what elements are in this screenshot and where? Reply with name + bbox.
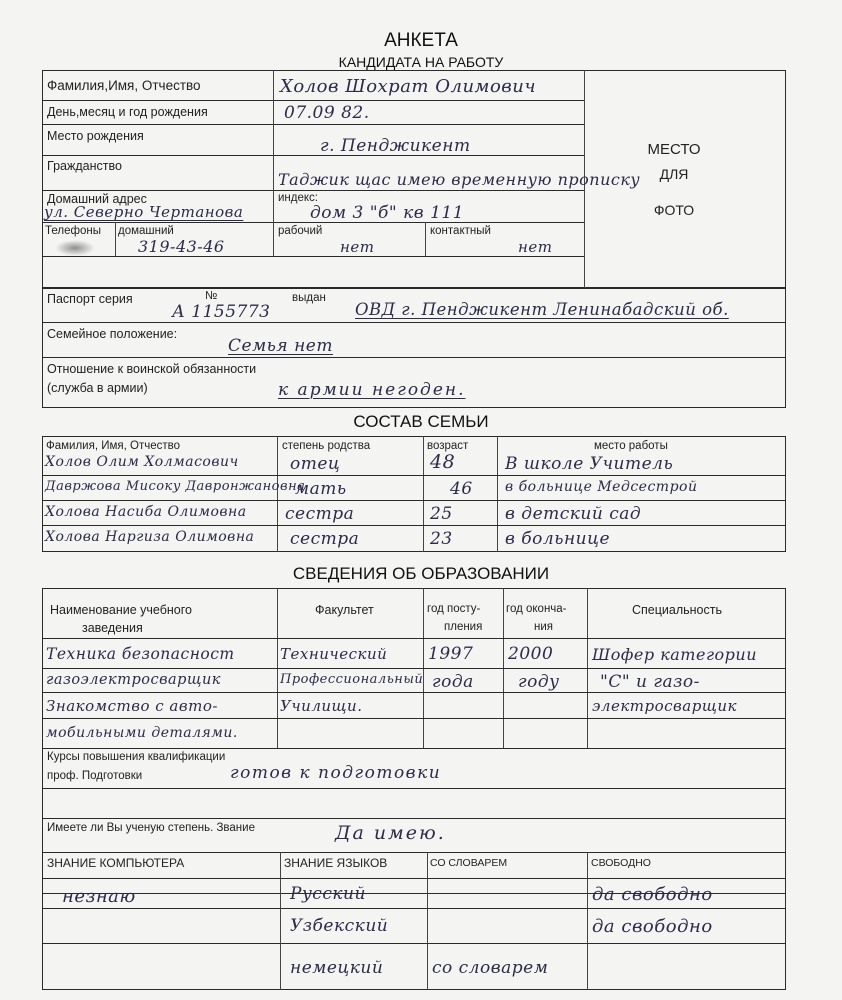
language-with-dict[interactable]: со словарем — [432, 958, 548, 978]
skills-col-with-dict: СО СЛОВАРЕМ — [430, 857, 507, 869]
family-relation[interactable]: отец — [290, 454, 340, 474]
scan-smudge — [55, 240, 95, 256]
col-divider — [587, 852, 588, 990]
edu-col-entry-l2: пления — [444, 621, 482, 634]
edu-grad[interactable]: 2000 — [508, 644, 553, 664]
row-divider — [42, 718, 786, 719]
form-subtitle: КАНДИДАТА НА РАБОТУ — [0, 54, 842, 70]
birthplace-label: Место рождения — [47, 129, 144, 143]
family-age[interactable]: 23 — [430, 529, 453, 549]
skills-col-languages: ЗНАНИЕ ЯЗЫКОВ — [284, 857, 387, 871]
row-divider — [42, 155, 584, 156]
family-age[interactable]: 48 — [430, 451, 455, 473]
family-name[interactable]: Давржова Мисоку Давронжановна — [45, 479, 305, 494]
edu-col-entry-l1: год посту- — [427, 603, 480, 616]
family-name[interactable]: Холова Насиба Олимовна — [45, 504, 247, 520]
education-table — [42, 588, 786, 894]
family-work[interactable]: В школе Учитель — [505, 454, 673, 474]
language-name[interactable]: Узбекский — [290, 916, 388, 936]
skills-col-fluent: СВОБОДНО — [591, 857, 651, 869]
family-col-work: место работы — [594, 440, 668, 453]
phones-label: Телефоны — [45, 225, 101, 238]
family-work[interactable]: в больнице — [505, 529, 610, 549]
col-divider — [423, 436, 424, 552]
edu-specialty[interactable]: Шофер категории — [592, 645, 757, 664]
marital-label: Семейное положение: — [47, 327, 177, 341]
row-divider — [42, 475, 786, 476]
family-relation[interactable]: сестра — [285, 504, 354, 524]
family-work[interactable]: в больнице Медсестрой — [505, 479, 698, 495]
degree-label: Имеете ли Вы ученую степень. Звание — [47, 822, 255, 835]
row-divider — [42, 500, 786, 501]
language-name[interactable]: немецкий — [290, 958, 383, 978]
row-divider — [42, 818, 786, 819]
edu-col-specialty: Специальность — [632, 603, 722, 617]
edu-institution[interactable]: мобильными деталями. — [46, 725, 238, 741]
family-relation[interactable]: мать — [295, 479, 347, 499]
col-divider — [425, 222, 426, 256]
col-divider — [280, 852, 281, 990]
passport-number-value[interactable]: А 1155773 — [172, 302, 271, 322]
col-divider — [273, 190, 274, 256]
edu-faculty[interactable]: Технический — [280, 645, 387, 663]
military-label-line1: Отношение к воинской обязанности — [47, 362, 256, 376]
form-title: АНКЕТА — [0, 30, 842, 52]
language-name[interactable]: Русский — [290, 884, 366, 904]
col-divider — [115, 222, 116, 256]
work-phone-label: рабочий — [278, 225, 322, 238]
edu-col-grad-l1: год оконча- — [506, 603, 567, 616]
edu-faculty[interactable]: Профессиональный — [280, 672, 423, 687]
marital-value[interactable]: Семья нет — [228, 336, 333, 356]
index-value[interactable]: дом 3 "б" кв 111 — [310, 203, 464, 223]
courses-value[interactable]: готов к подготовки — [230, 763, 441, 783]
passport-series-label: Паспорт серия — [47, 292, 133, 306]
family-name[interactable]: Холова Наргиза Олимовна — [45, 529, 254, 545]
passport-issued-value[interactable]: ОВД г. Пенджикент Ленинабадский об. — [355, 300, 729, 319]
row-divider — [42, 748, 786, 749]
birthplace-value[interactable]: г. Пенджикент — [320, 136, 471, 156]
application-form-page: АНКЕТА КАНДИДАТА НА РАБОТУ МЕСТО ДЛЯ ФОТ… — [0, 0, 842, 1000]
family-age[interactable]: 46 — [450, 479, 473, 499]
family-section-title: СОСТАВ СЕМЬИ — [0, 412, 842, 432]
address-value[interactable]: ул. Северно Чертанова — [44, 203, 243, 221]
edu-col-faculty: Факультет — [315, 603, 374, 617]
edu-col-grad-l2: ния — [534, 621, 553, 634]
edu-faculty[interactable]: Училищи. — [280, 697, 363, 715]
dob-label: День,месяц и год рождения — [47, 105, 208, 119]
row-divider — [42, 124, 584, 125]
contact-phone-value[interactable]: нет — [518, 238, 552, 256]
edu-institution[interactable]: Знакомство с авто- — [46, 697, 218, 715]
passport-issued-label: выдан — [292, 292, 326, 305]
language-fluent[interactable]: да свободно — [592, 916, 713, 937]
edu-specialty[interactable]: электросварщик — [592, 697, 737, 715]
degree-value[interactable]: Да имею. — [335, 822, 446, 844]
family-col-relation: степень родства — [282, 440, 370, 453]
edu-grad[interactable]: году — [518, 672, 559, 692]
skills-col-computer: ЗНАНИЕ КОМПЬЮТЕРА — [47, 857, 184, 871]
row-divider — [42, 668, 786, 669]
col-divider — [497, 436, 498, 552]
citizenship-value[interactable]: Таджик щас имею временную прописку — [278, 170, 640, 189]
dob-value[interactable]: 07.09 82. — [284, 103, 370, 123]
col-divider — [277, 436, 278, 552]
edu-institution[interactable]: газоэлектросварщик — [46, 672, 221, 688]
edu-col-institution-l1: Наименование учебного — [50, 603, 192, 617]
courses-label-line1: Курсы повышения квалификации — [47, 751, 225, 764]
work-phone-value[interactable]: нет — [340, 238, 374, 256]
col-divider — [427, 852, 428, 990]
edu-col-institution-l2: заведения — [82, 621, 143, 635]
citizenship-label: Гражданство — [47, 159, 122, 173]
row-divider — [42, 100, 584, 101]
family-work[interactable]: в детский сад — [505, 504, 641, 524]
fio-value[interactable]: Холов Шохрат Олимович — [280, 76, 536, 97]
contact-phone-label: контактный — [430, 225, 491, 238]
edu-entry[interactable]: 1997 — [428, 644, 473, 664]
edu-specialty[interactable]: "С" и газо- — [600, 672, 700, 692]
row-divider — [42, 322, 786, 323]
row-divider — [42, 357, 786, 358]
courses-label-line2: проф. Подготовки — [47, 770, 142, 783]
family-col-name: Фамилия, Имя, Отчество — [46, 440, 180, 453]
family-age[interactable]: 25 — [430, 504, 453, 524]
education-section-title: СВЕДЕНИЯ ОБ ОБРАЗОВАНИИ — [0, 564, 842, 584]
col-divider — [273, 70, 274, 190]
row-divider — [42, 190, 584, 191]
military-label-line2: (служба в армии) — [47, 381, 148, 395]
row-divider — [42, 256, 584, 257]
home-phone-value[interactable]: 319-43-46 — [138, 237, 225, 256]
family-name[interactable]: Холов Олим Холмасович — [45, 454, 239, 470]
row-divider — [42, 638, 786, 639]
edu-institution[interactable]: Техника безопасност — [46, 645, 235, 663]
computer-skill-value[interactable]: незнаю — [62, 886, 136, 907]
fio-label: Фамилия,Имя, Отчество — [47, 78, 201, 94]
language-fluent[interactable]: да свободно — [592, 884, 713, 905]
edu-entry[interactable]: года — [432, 672, 474, 692]
row-divider — [42, 525, 786, 526]
row-divider — [42, 788, 786, 789]
photo-placeholder-line1: МЕСТО — [624, 141, 724, 158]
row-divider — [42, 692, 786, 693]
family-relation[interactable]: сестра — [290, 529, 359, 549]
military-value[interactable]: к армии негоден. — [278, 380, 466, 400]
photo-placeholder-line3: ФОТО — [624, 202, 724, 218]
